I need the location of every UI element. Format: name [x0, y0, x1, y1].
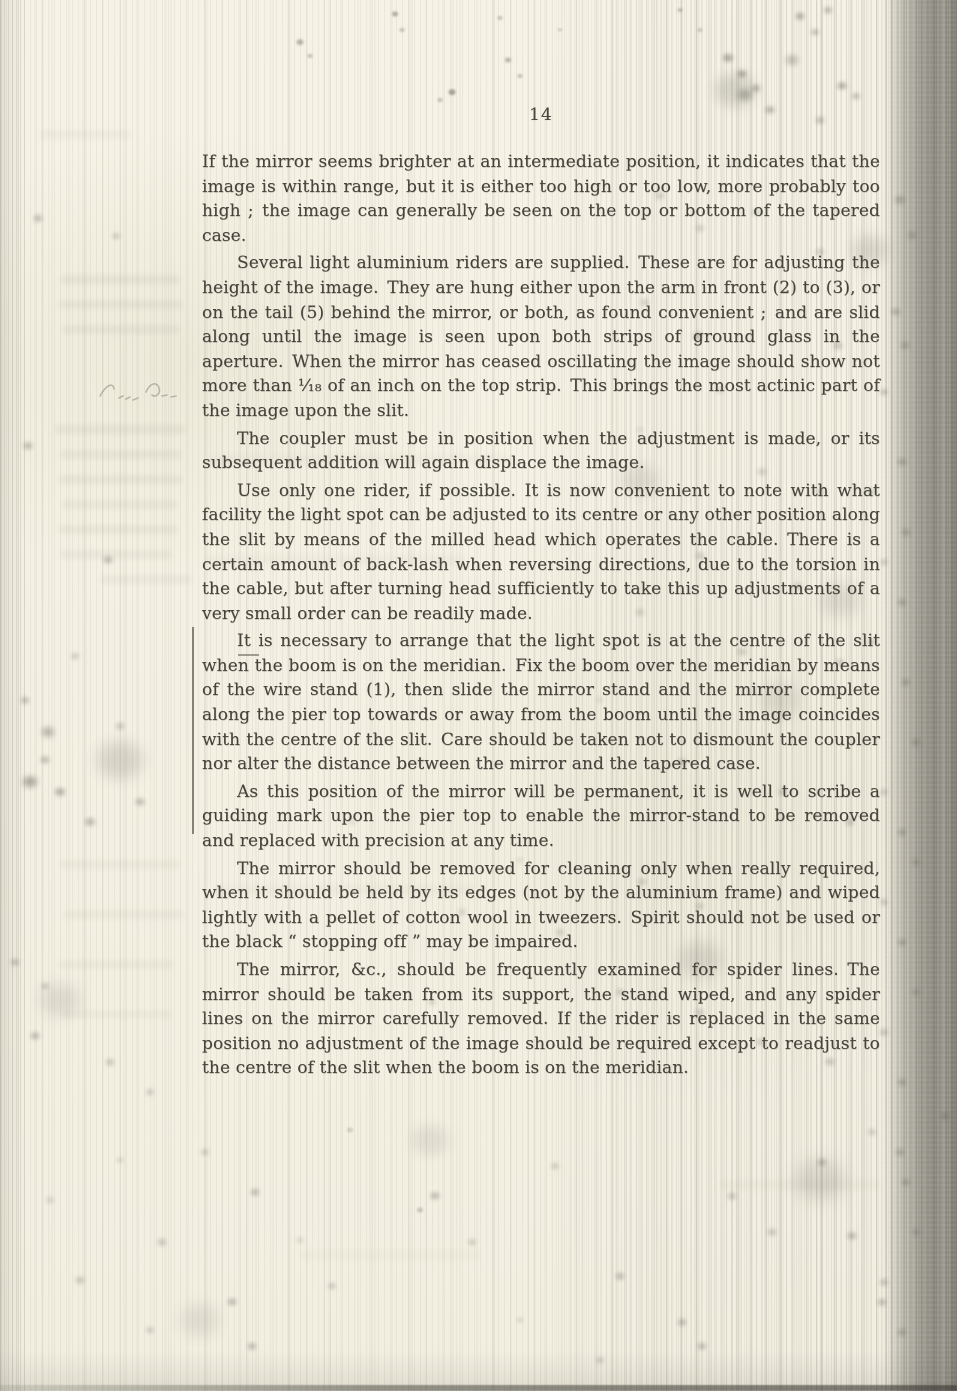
page-edge-shadow [885, 0, 957, 1391]
paragraph: As this position of the mirror will be p… [202, 780, 880, 854]
page-number: 14 [202, 105, 880, 125]
bottom-edge-wash [0, 1349, 957, 1391]
paragraph: Several light aluminium riders are suppl… [202, 251, 880, 423]
paragraph: The mirror, &c., should be frequently ex… [202, 958, 880, 1081]
scanned-document-page: 14 If the mirror seems brighter at an in… [0, 0, 957, 1391]
page-text-block: If the mirror seems brighter at an inter… [202, 150, 880, 1084]
paragraph: If the mirror seems brighter at an inter… [202, 150, 880, 248]
paragraph: The coupler must be in position when the… [202, 427, 880, 476]
margin-line [192, 627, 194, 834]
paragraph: The mirror should be removed for cleanin… [202, 857, 880, 955]
left-edge-shading [0, 0, 26, 1391]
paragraph: Use only one rider, if possible. It is n… [202, 479, 880, 627]
underline-mark [238, 654, 259, 656]
pencil-squiggle-mark [96, 366, 196, 412]
paragraph: It is necessary to arrange that the ligh… [202, 629, 880, 777]
bottom-edge-shadow [0, 1385, 957, 1391]
